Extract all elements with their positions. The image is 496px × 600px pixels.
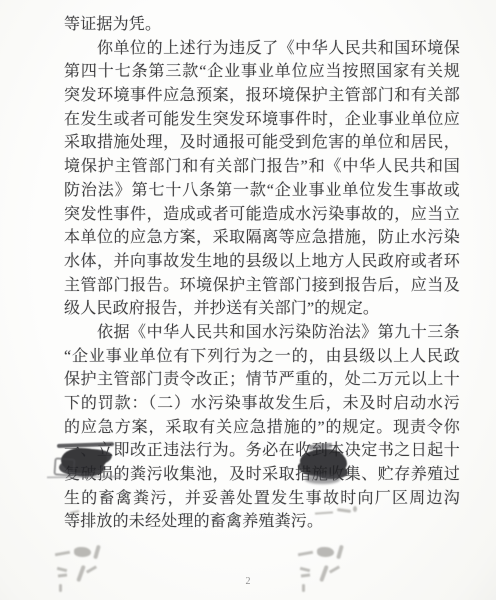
page-number: 2 [240, 576, 256, 587]
text-line: 复破损的粪污收集池，及时采取措施收集、贮存养殖过程中产 [64, 463, 460, 487]
text-line: 你单位的上述行为违反了《中华人民共和国环境保护法》 [64, 37, 460, 61]
text-line: 本单位的应急方案，采取隔离等应急措施，防止水污染物进入 [64, 226, 460, 250]
text-line: 等排放的未经处理的畜禽养殖粪污。 [64, 510, 460, 534]
text-line: 依据《中华人民共和国水污染防治法》第九十三条第二项： [64, 321, 460, 345]
scanned-document-page: 等证据为凭。 你单位的上述行为违反了《中华人民共和国环境保护法》第四十七条第三款… [0, 0, 496, 600]
text-line: 采取措施处理，及时通报可能受到危害的单位和居民，并向环 [64, 131, 460, 155]
text-line: 一、立即改正违法行为。务必在收到本决定书之日起十日内修 [64, 439, 460, 463]
bleedthrough-bottom-left [55, 544, 117, 596]
text-line: “企业事业单位有下列行为之一的，由县级以上人民政府环境 [64, 345, 460, 369]
text-line: 防治法》第七十八条第一款“企业事业单位发生事故或者其他 [64, 179, 460, 203]
document-body: 等证据为凭。 你单位的上述行为违反了《中华人民共和国环境保护法》第四十七条第三款… [64, 13, 460, 534]
text-line: 突发环境事件应急预案，报环境保护主管部门和有关部门备案。 [64, 84, 460, 108]
text-line: 境保护主管部门和有关部门报告”和《中华人民共和国水污染 [64, 155, 460, 179]
text-line: 级人民政府报告，并抄送有关部门”的规定。 [64, 297, 460, 321]
text-line: 突发性事件，造成或者可能造成水污染事故的，应当立即启动 [64, 203, 460, 227]
text-line: 在发生或者可能发生突发环境事件时，企业事业单位应当立即 [64, 108, 460, 132]
text-line: 第四十七条第三款“企业事业单位应当按照国家有关规定制定 [64, 60, 460, 84]
text-line: 等证据为凭。 [64, 13, 460, 37]
text-line: 水体，并向事故发生地的县级以上地方人民政府或者环境保护 [64, 250, 460, 274]
text-line: 的应急方案，采取有关应急措施的”的规定。现责令你单位： [64, 416, 460, 440]
text-line: 主管部门报告。环境保护主管部门接到报告后，应当及时向本 [64, 274, 460, 298]
text-line: 保护主管部门责令改正；情节严重的，处二万元以上十万元以 [64, 368, 460, 392]
text-line: 下的罚款：（二）水污染事故发生后，未及时启动水污染事故 [64, 392, 460, 416]
bleedthrough-bottom-right [298, 544, 360, 596]
text-line: 生的畜禽粪污，并妥善处置发生事故时向厂区周边沟渠、坡地 [64, 487, 460, 511]
